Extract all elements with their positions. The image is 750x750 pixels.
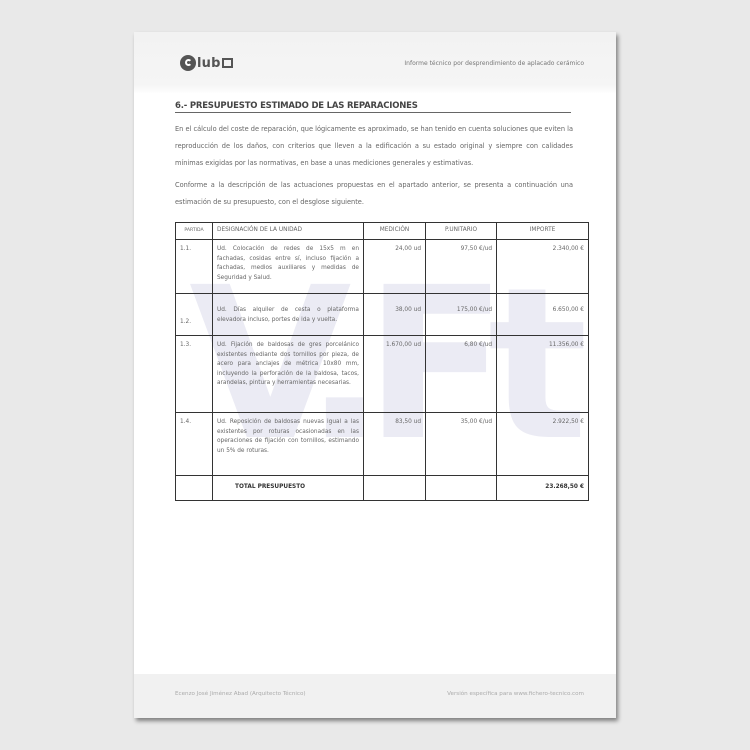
col-unitario: P.UNITARIO [426, 223, 497, 240]
footer-version: Versión específica para www.fichero-tecn… [447, 691, 584, 697]
cell-empty [176, 476, 213, 501]
table-row: 1.2. Ud. Días alquiler de cesta o plataf… [176, 294, 589, 336]
cell-unitario: 175,00 €/ud [426, 294, 497, 336]
col-designacion: DESIGNACIÓN DE LA UNIDAD [213, 223, 364, 240]
cell-designacion: Ud. Días alquiler de cesta o plataforma … [213, 294, 364, 336]
col-medicion: MEDICIÓN [364, 223, 426, 240]
page-header: lub Informe técnico por desprendimiento … [134, 32, 616, 94]
document-page: lub Informe técnico por desprendimiento … [134, 32, 616, 718]
budget-table: PARTIDA DESIGNACIÓN DE LA UNIDAD MEDICIÓ… [175, 222, 589, 501]
cell-partida: 1.4. [176, 413, 213, 476]
total-label: TOTAL PRESUPUESTO [213, 476, 364, 501]
cell-unitario: 35,00 €/ud [426, 413, 497, 476]
club-logo: lub [180, 54, 233, 72]
cell-empty [364, 476, 426, 501]
cell-unitario: 97,50 €/ud [426, 240, 497, 294]
table-header-row: PARTIDA DESIGNACIÓN DE LA UNIDAD MEDICIÓ… [176, 223, 589, 240]
cell-designacion: Ud. Reposición de baldosas nuevas igual … [213, 413, 364, 476]
logo-c-icon [180, 55, 196, 71]
col-importe: IMPORTE [497, 223, 589, 240]
cell-partida: 1.3. [176, 336, 213, 413]
cell-medicion: 1.670,00 ud [364, 336, 426, 413]
cell-partida: 1.2. [176, 294, 213, 336]
col-partida: PARTIDA [176, 223, 213, 240]
table-total-row: TOTAL PRESUPUESTO 23.268,50 € [176, 476, 589, 501]
cell-importe: 2.922,50 € [497, 413, 589, 476]
cell-importe: 11.356,00 € [497, 336, 589, 413]
section-title: 6.- PRESUPUESTO ESTIMADO DE LAS REPARACI… [175, 101, 571, 113]
table-row: 1.4. Ud. Reposición de baldosas nuevas i… [176, 413, 589, 476]
cell-partida: 1.1. [176, 240, 213, 294]
cell-unitario: 6,80 €/ud [426, 336, 497, 413]
footer-author: Ecenzo José Jiménez Abad (Arquitecto Téc… [175, 691, 306, 697]
cell-medicion: 83,50 ud [364, 413, 426, 476]
logo-text: lub [197, 56, 221, 71]
cell-importe: 2.340,00 € [497, 240, 589, 294]
cell-medicion: 38,00 ud [364, 294, 426, 336]
document-title: Informe técnico por desprendimiento de a… [404, 60, 584, 67]
cell-designacion: Ud. Fijación de baldosas de gres porcelá… [213, 336, 364, 413]
breakdown-paragraph: Conforme a la descripción de las actuaci… [175, 177, 573, 211]
cell-medicion: 24,00 ud [364, 240, 426, 294]
cell-empty [426, 476, 497, 501]
page-footer: Ecenzo José Jiménez Abad (Arquitecto Téc… [134, 674, 616, 718]
cell-importe: 6.650,00 € [497, 294, 589, 336]
logo-box-icon [222, 58, 233, 68]
total-value: 23.268,50 € [497, 476, 589, 501]
cell-designacion: Ud. Colocación de redes de 15x5 m en fac… [213, 240, 364, 294]
table-row: 1.1. Ud. Colocación de redes de 15x5 m e… [176, 240, 589, 294]
table-row: 1.3. Ud. Fijación de baldosas de gres po… [176, 336, 589, 413]
intro-paragraph: En el cálculo del coste de reparación, q… [175, 121, 573, 172]
